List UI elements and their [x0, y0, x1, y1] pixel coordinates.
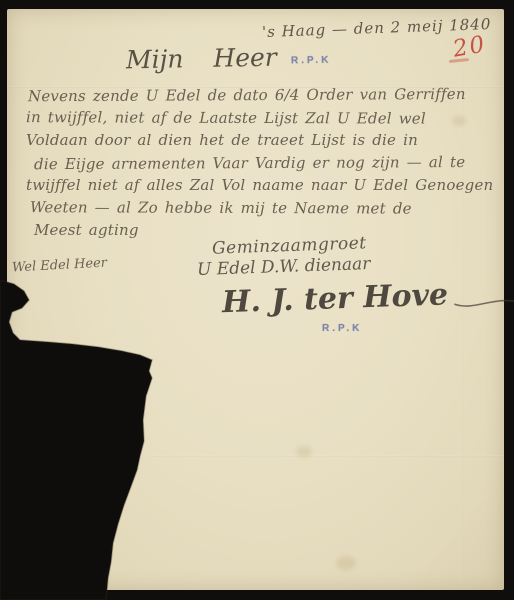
letter-body-line: twijffel niet af alles Zal Vol naame naa… [26, 174, 506, 197]
foxing-spot [336, 556, 356, 570]
scan-background: 's Haag — den 2 meij 1840 20 R.P.K Mijn … [0, 0, 514, 600]
rpk-stamp-bottom: R.P.K [322, 323, 362, 334]
signature-flourish [452, 294, 514, 312]
rpk-stamp-top: R.P.K [291, 55, 332, 67]
letter-body-line: Weeten — al Zo hebbe ik mij te Naeme met… [26, 196, 506, 220]
foxing-spot [296, 446, 312, 457]
letter-body-line: Nevens zende U Edel de dato 6/4 Order va… [26, 83, 506, 108]
letter-body-line: in twijffel, niet af de Laatste Lijst Za… [26, 106, 506, 130]
letter-body: Nevens zende U Edel de dato 6/4 Order va… [26, 84, 506, 242]
letter-body-line: die Eijge arnementen Vaar Vardig er nog … [26, 150, 506, 175]
salutation: Mijn Heer [126, 43, 277, 75]
letter-body-line: Voldaan door al dien het de traeet Lijst… [26, 129, 506, 152]
